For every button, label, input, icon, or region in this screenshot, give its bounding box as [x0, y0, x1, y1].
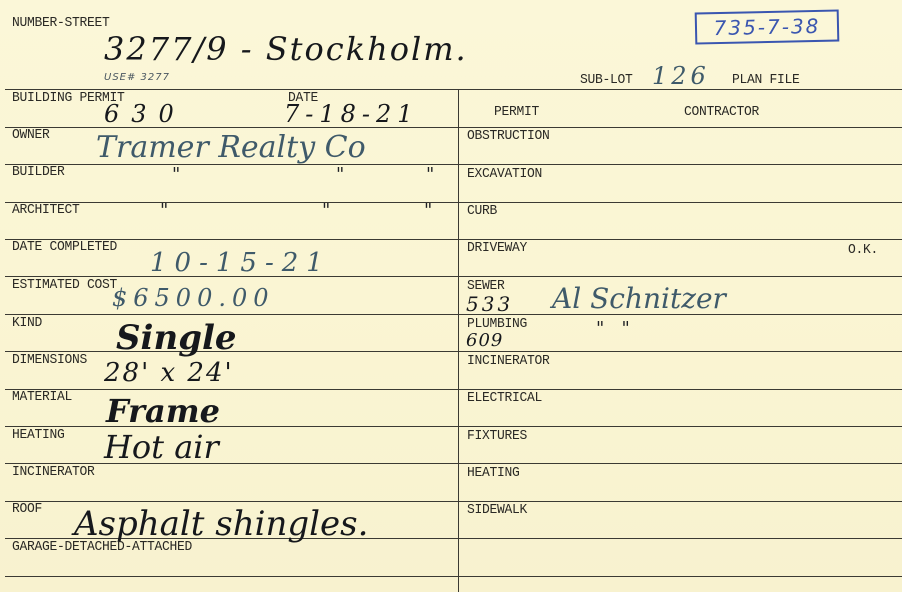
value-architect-ditto-1: " — [160, 200, 168, 221]
value-builder-ditto-1: " — [172, 164, 180, 185]
rule-line — [5, 314, 902, 315]
value-number-street: 3277/9 - Stockholm. — [104, 30, 468, 68]
label-material: MATERIAL — [12, 389, 72, 405]
rule-line — [5, 389, 902, 390]
value-architect-ditto-2: " — [322, 200, 330, 221]
label-builder: BUILDER — [12, 164, 65, 180]
file-number-stamp: 735-7-38 — [695, 9, 840, 44]
value-building-permit: 630 — [104, 100, 186, 128]
label-estimated-cost: ESTIMATED COST — [12, 277, 117, 293]
value-owner: Tramer Realty Co — [96, 130, 366, 165]
value-builder-ditto-2: " — [336, 164, 344, 185]
label-kind: KIND — [12, 315, 42, 331]
label-architect: ARCHITECT — [12, 202, 80, 218]
permit-row-excavation: EXCAVATION — [467, 166, 542, 182]
column-divider — [458, 89, 459, 592]
label-roof: ROOF — [12, 501, 42, 517]
rule-line — [5, 89, 902, 90]
rule-line — [5, 202, 902, 203]
value-material: Frame — [106, 392, 220, 430]
value-date-completed: 10-15-21 — [150, 248, 331, 278]
value-estimated-cost: $6500.00 — [112, 284, 275, 312]
label-number-street: NUMBER-STREET — [12, 15, 110, 31]
label-date-completed: DATE COMPLETED — [12, 239, 117, 255]
rule-line — [5, 239, 902, 240]
label-heating: HEATING — [12, 427, 65, 443]
label-plan-file: PLAN FILE — [732, 72, 800, 88]
value-heating: Hot air — [104, 428, 219, 466]
permit-row-incinerator: INCINERATOR — [467, 353, 550, 369]
label-incinerator: INCINERATOR — [12, 464, 95, 480]
value-builder-ditto-3: " — [426, 164, 434, 185]
permit-row-sewer: SEWER — [467, 278, 505, 294]
label-owner: OWNER — [12, 127, 50, 143]
value-dimensions: 28' x 24' — [104, 358, 234, 388]
value-architect-ditto-3: " — [424, 200, 432, 221]
rule-line — [5, 576, 902, 577]
permit-driveway-note: O.K. — [848, 242, 878, 258]
building-permit-card: 735-7-38 NUMBER-STREET 3277/9 - Stockhol… — [0, 0, 902, 592]
value-sub-lot: 126 — [652, 62, 710, 90]
rule-line — [5, 501, 902, 502]
permit-row-plumbing: PLUMBING — [467, 316, 527, 332]
permits-header-permit: PERMIT — [494, 104, 539, 120]
permit-sewer-contractor: Al Schnitzer — [552, 282, 726, 315]
rule-line — [5, 276, 902, 277]
permit-row-fixtures: FIXTURES — [467, 428, 527, 444]
label-dimensions: DIMENSIONS — [12, 352, 87, 368]
permit-row-electrical: ELECTRICAL — [467, 390, 542, 406]
permit-row-curb: CURB — [467, 203, 497, 219]
permit-plumbing-number: 609 — [466, 330, 503, 351]
permit-row-sidewalk: SIDEWALK — [467, 502, 527, 518]
permit-plumbing-contractor: " " — [596, 318, 630, 339]
label-garage: GARAGE-DETACHED-ATTACHED — [12, 539, 192, 555]
label-sub-lot: SUB-LOT — [580, 72, 633, 88]
value-use-note: USE# 3277 — [104, 72, 170, 83]
value-kind: Single — [116, 318, 237, 358]
permit-row-obstruction: OBSTRUCTION — [467, 128, 550, 144]
permits-header-contractor: CONTRACTOR — [684, 104, 759, 120]
permit-sewer-number: 533 — [466, 292, 513, 316]
permit-row-driveway: DRIVEWAY — [467, 240, 527, 256]
permit-row-heating: HEATING — [467, 465, 520, 481]
value-date: 7-18-21 — [284, 100, 419, 128]
